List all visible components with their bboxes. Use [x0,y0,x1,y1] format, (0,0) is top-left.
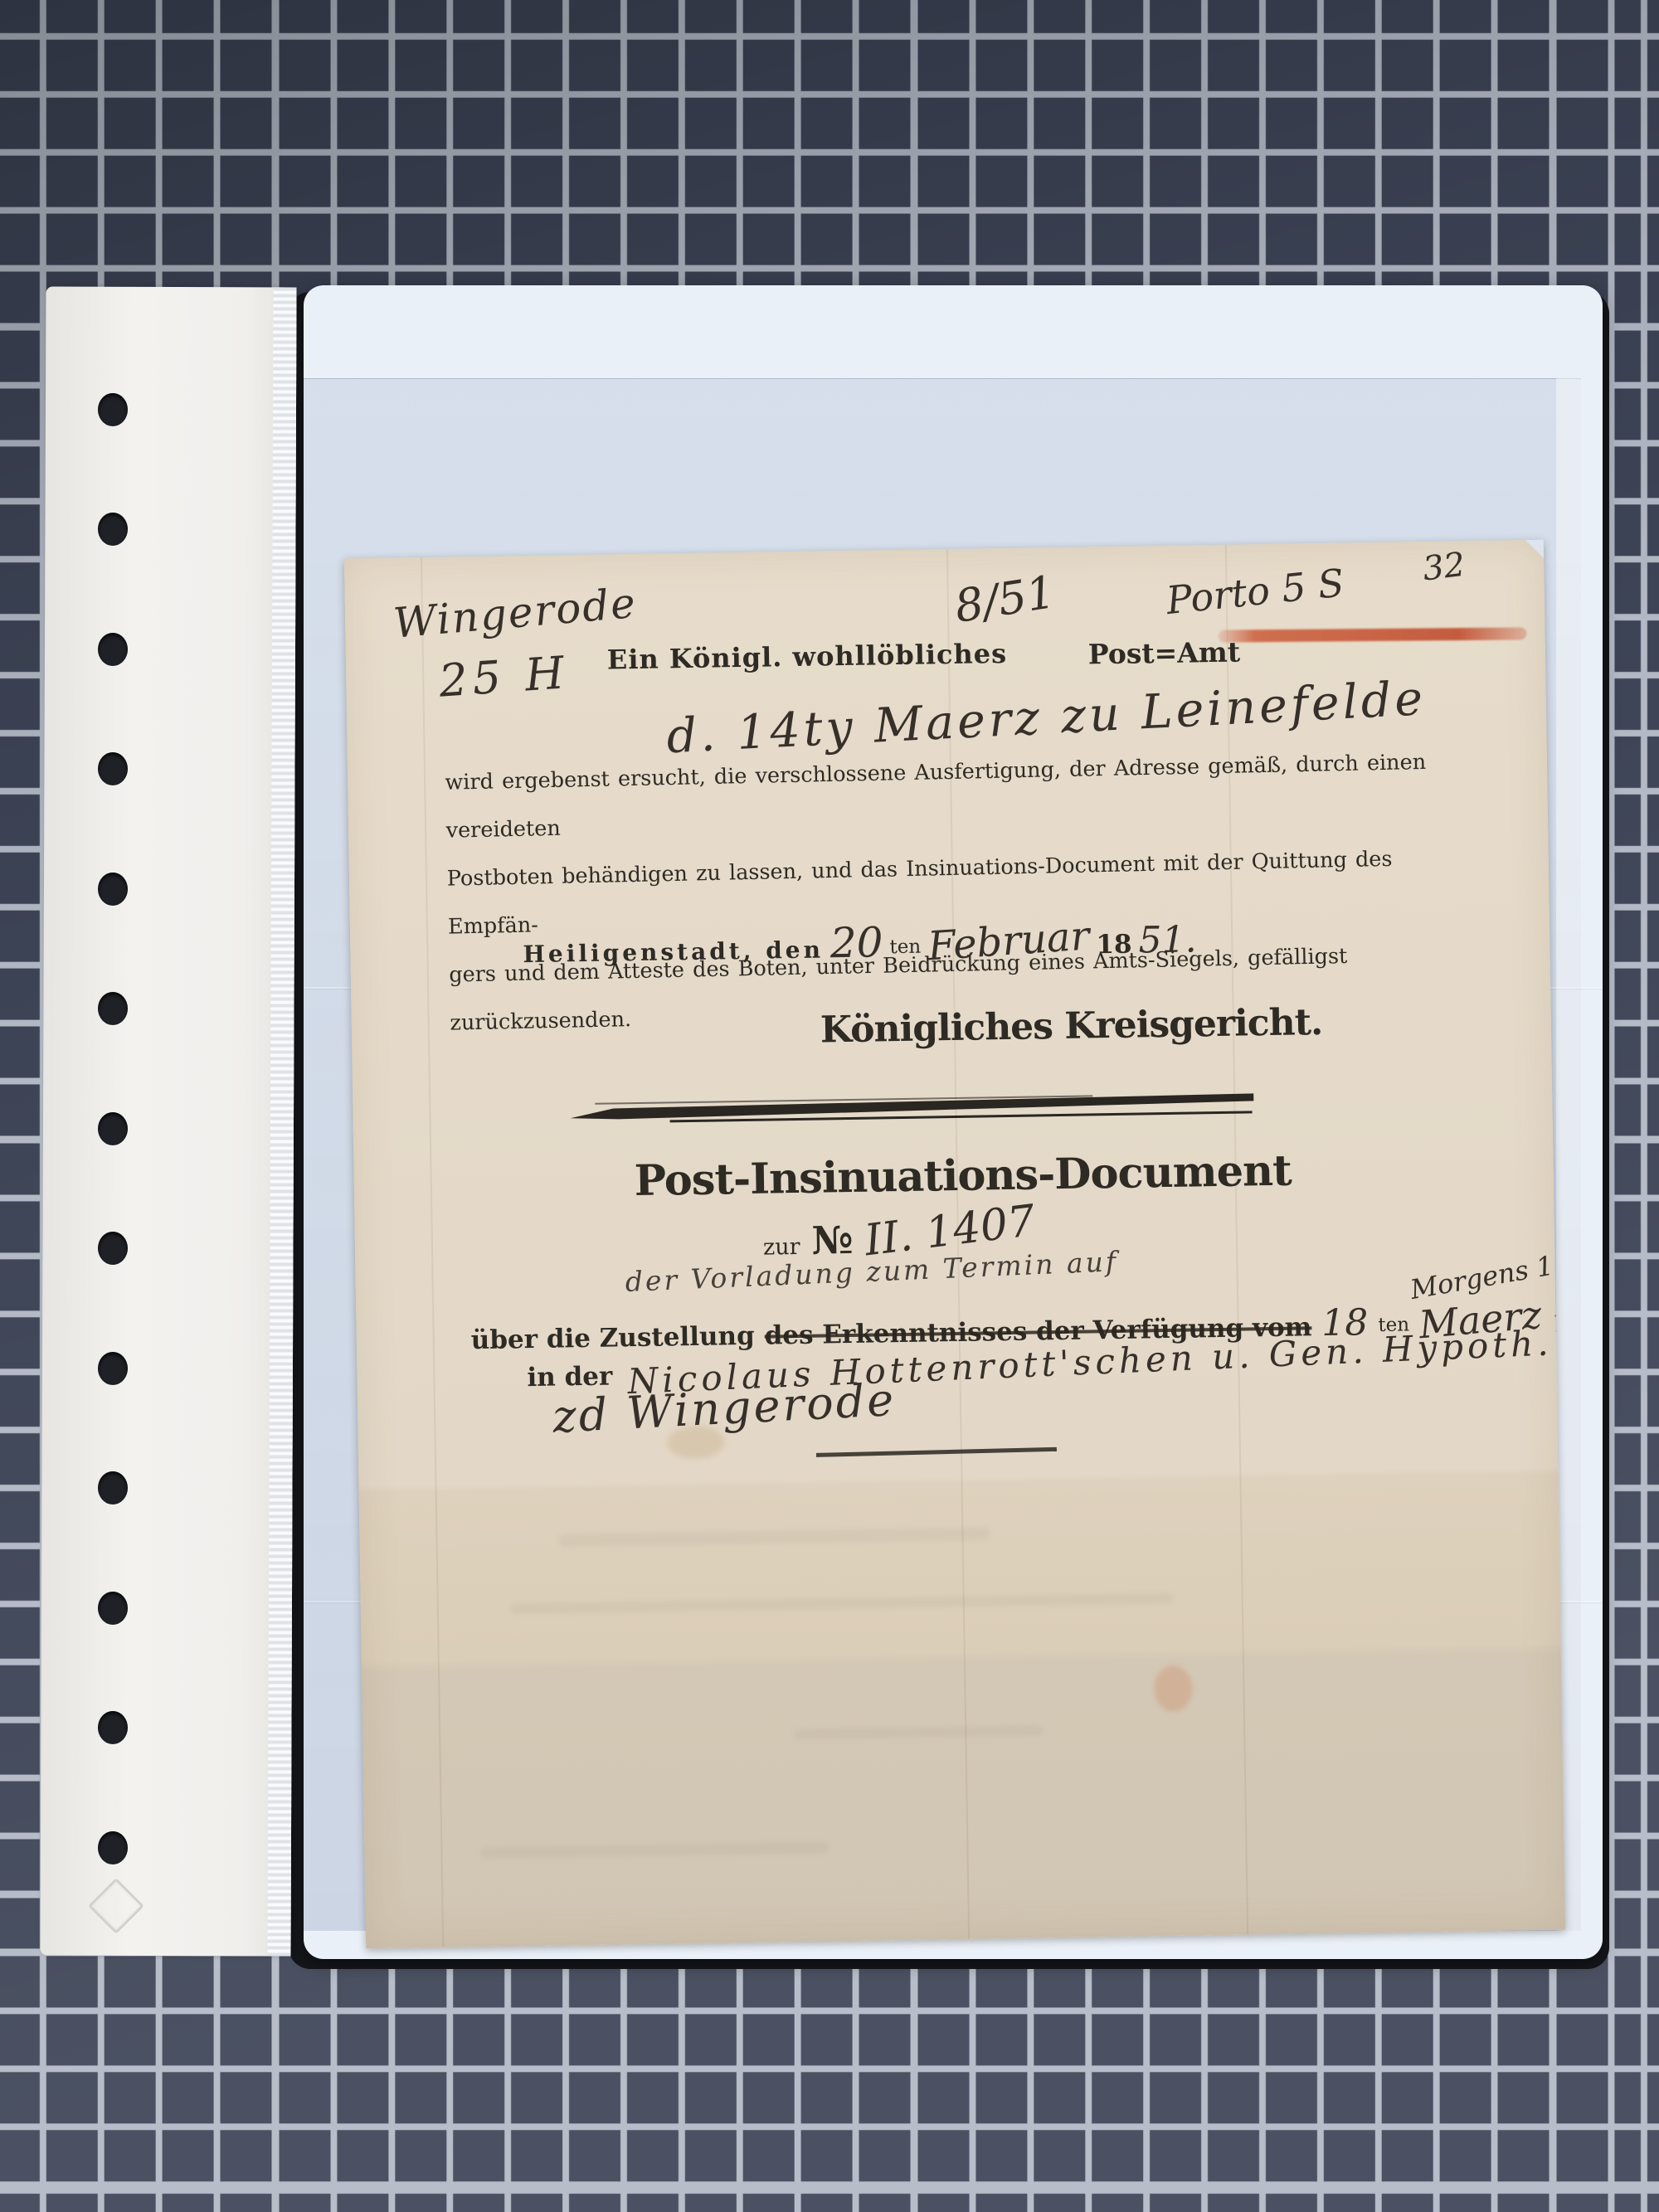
orange-stain [1154,1665,1193,1713]
photo-scene: Wingerode 25 H 8/51 Porto 5 S 32 Ein Kön… [0,0,1659,2212]
dateline-place-printed: Heiligenstadt, den [523,936,824,968]
binder-hole [98,873,128,906]
paper-stain [666,1425,725,1459]
dateline-month-handwritten: Februar [926,912,1091,970]
binder-hole [98,1112,128,1145]
binder-hole [98,1471,128,1505]
pencil-note-weight: 25 H [437,646,571,707]
ghost-text-smudge [480,1841,829,1859]
binder-hole [98,752,128,785]
binder-hole [98,1352,128,1385]
binder-hole [98,1831,128,1864]
date-fraction-note: 8/51 [951,566,1059,633]
red-crayon-line [1218,627,1526,642]
header-right-printed: Post=Amt [1088,636,1241,671]
binder-hole [98,1711,128,1744]
post-insinuations-document: Wingerode 25 H 8/51 Porto 5 S 32 Ein Kön… [344,540,1565,1949]
binder-hole [98,1232,128,1265]
corner-dogear [1525,540,1545,559]
binder-strip [40,286,296,1956]
binder-hole [98,992,128,1025]
header-left-printed: Ein Königl. wohllöbliches [607,638,1008,676]
binder-hole [98,633,128,666]
ghost-text-smudge [510,1592,1174,1615]
ghost-text-smudge [558,1527,990,1547]
porto-note: Porto 5 S [1164,560,1345,623]
reference-zur-printed: zur [763,1234,800,1261]
binder-hole [98,1592,128,1625]
dateline-day-suffix-printed: ten [889,936,921,959]
binder-hole [98,393,128,426]
tapered-divider-rule [570,1091,1258,1127]
pencil-note-wingerode: Wingerode [392,579,639,648]
number-32-note: 32 [1421,546,1467,589]
document-title: Post-Insinuations-Document [634,1147,1232,1206]
ghost-text-smudge [794,1725,1043,1739]
dateline-year-handwritten: 51. [1138,918,1197,961]
dateline-day-handwritten: 20 [829,918,883,967]
short-divider-rule [816,1447,1057,1457]
dateline-year-printed: 18 [1096,930,1132,960]
issuer-court: Königliches Kreisgericht. [820,1002,1261,1051]
delivery-time-handwritten: Morgens 11 Uhr [1408,1237,1565,1305]
paper-crease [421,557,444,1947]
binder-hole [98,513,128,546]
